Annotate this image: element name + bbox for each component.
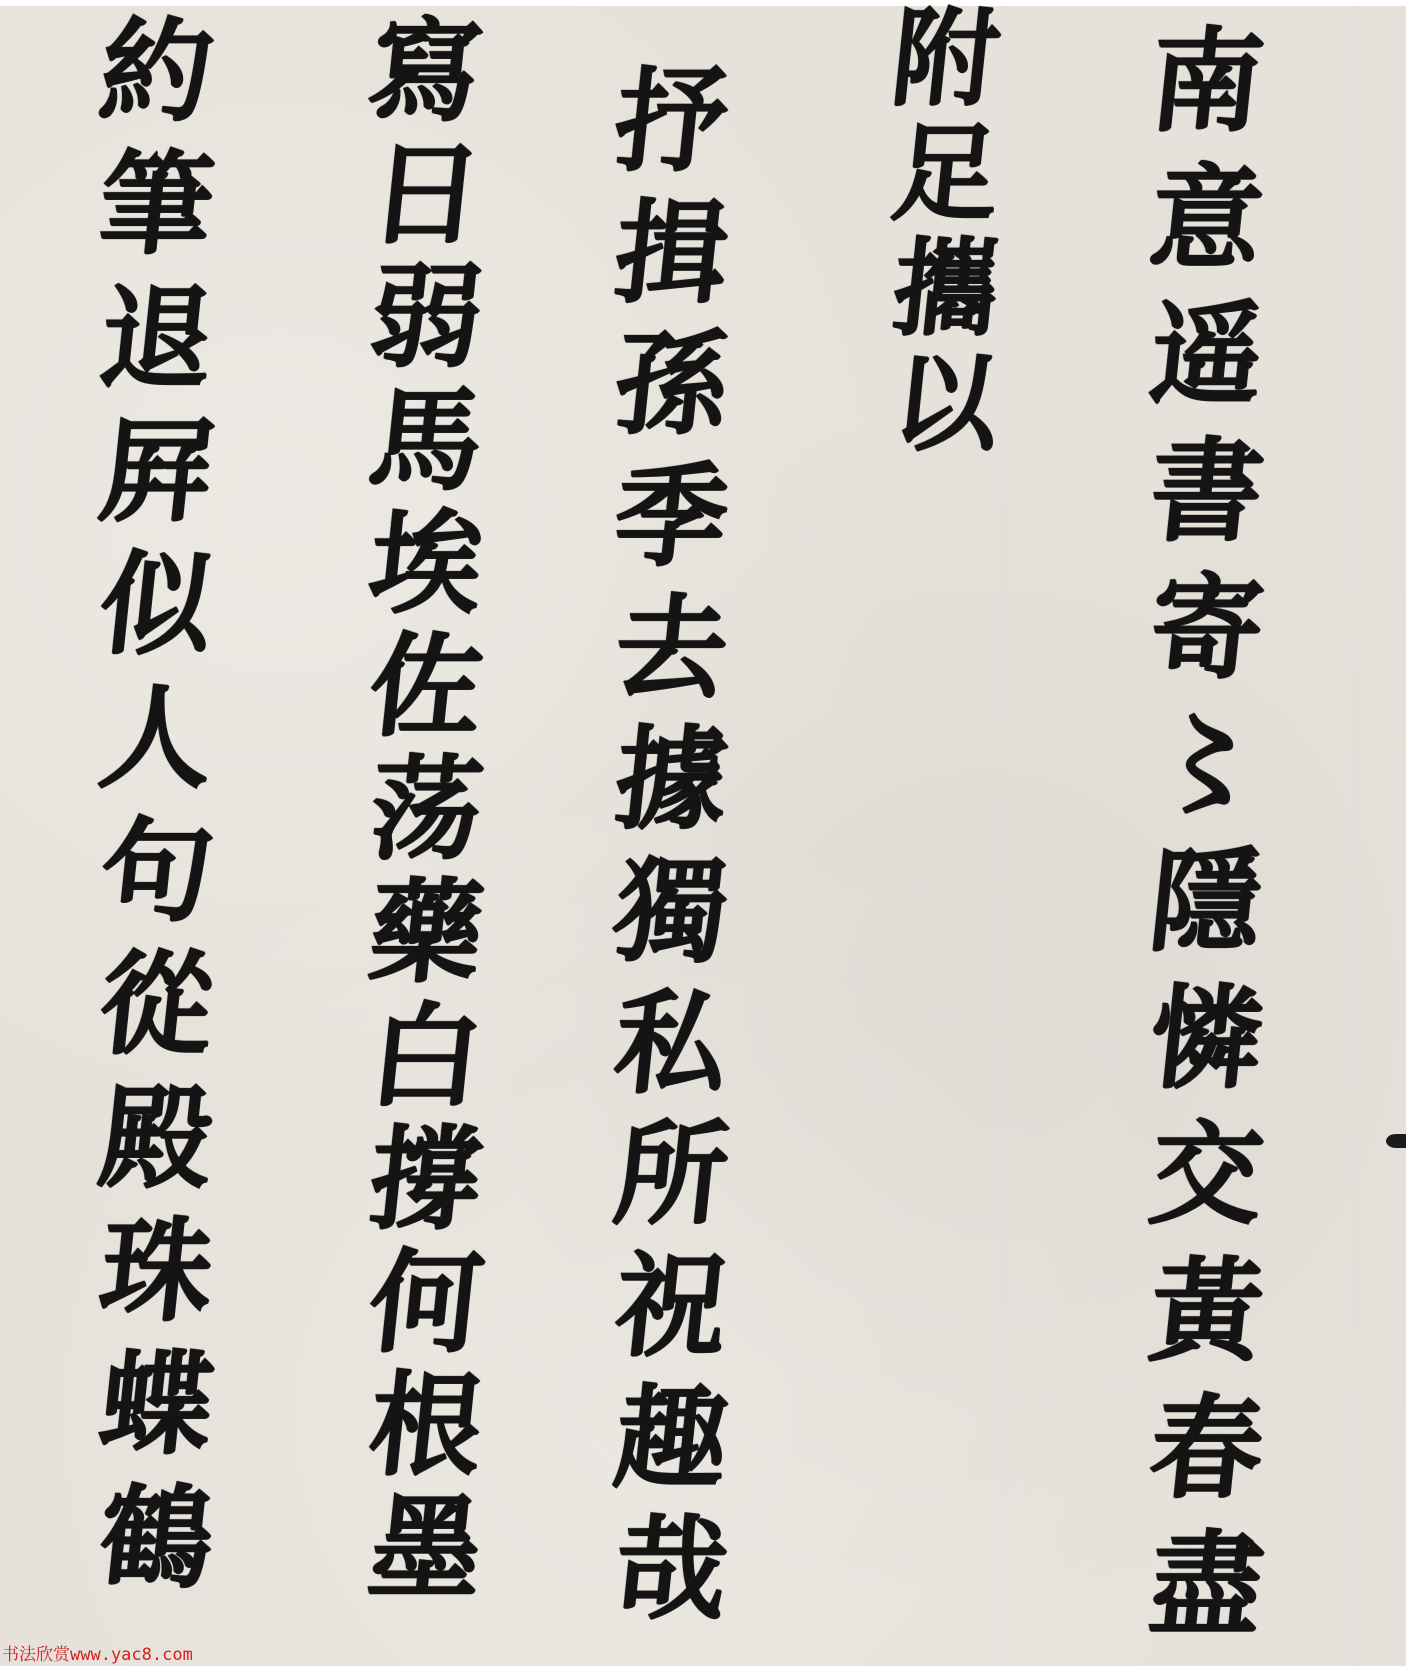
calligraphy-character: 春 [1142,1393,1268,1530]
calligraphy-character: 何 [363,1247,488,1370]
calligraphy-character: 所 [607,1119,733,1251]
calligraphy-character: 孫 [607,329,733,461]
calligraphy-character: 撐 [363,1124,488,1247]
calligraphy-character: 鶴 [92,1483,218,1616]
calligraphy-character: 足 [886,121,1004,236]
calligraphy-character: 附 [886,6,1004,121]
calligraphy-character: 憐 [1142,983,1268,1120]
calligraphy-character: 約 [92,16,218,149]
calligraphy-character: 揖 [607,198,733,330]
calligraphy-column-5: 約筆退屛似人句從殿珠蝶鶴 [80,16,230,1616]
calligraphy-character: 似 [92,549,218,682]
calligraphy-character: 以 [886,351,1004,466]
calligraphy-character: 白 [363,1001,488,1124]
calligraphy-character: 埃 [363,508,488,631]
calligraphy-character: 去 [607,593,733,725]
calligraphy-character: 交 [1142,1119,1268,1256]
calligraphy-character: 抒 [607,66,733,198]
calligraphy-character: 攜 [886,236,1004,351]
calligraphy-character: 祝 [607,1251,733,1383]
calligraphy-character: 荡 [363,754,488,877]
calligraphy-character: 季 [607,461,733,593]
calligraphy-character: 藥 [363,877,488,1000]
calligraphy-scroll: 南意遥書寄〻隱憐交黃春盡 附足攜以 抒揖孫季去據獨私所祝趣哉 寫日弱馬埃佐荡藥白… [0,6,1406,1666]
calligraphy-character: 日 [363,139,488,262]
calligraphy-character: 蝶 [92,1349,218,1482]
calligraphy-character: 獨 [607,856,733,988]
calligraphy-character: 屛 [92,416,218,549]
calligraphy-character: 人 [92,683,218,816]
calligraphy-character: 趣 [607,1383,733,1515]
calligraphy-character: 佐 [363,631,488,754]
calligraphy-character: 筆 [92,149,218,282]
calligraphy-character: 南 [1142,26,1268,163]
calligraphy-character: 句 [92,816,218,949]
calligraphy-character: 寄 [1142,573,1268,710]
calligraphy-character: 〻 [1142,709,1268,846]
calligraphy-column-1: 南意遥書寄〻隱憐交黃春盡 [1135,26,1275,1666]
calligraphy-character: 珠 [92,1216,218,1349]
calligraphy-character: 馬 [363,385,488,508]
calligraphy-character: 私 [607,988,733,1120]
calligraphy-character: 書 [1142,436,1268,573]
calligraphy-character: 遥 [1142,299,1268,436]
calligraphy-character: 墨 [363,1493,488,1616]
calligraphy-character: 黃 [1142,1256,1268,1393]
calligraphy-character: 哉 [607,1514,733,1646]
calligraphy-character: 退 [92,283,218,416]
calligraphy-character: 根 [363,1370,488,1493]
calligraphy-character: 盡 [1142,1529,1268,1666]
calligraphy-character: 意 [1142,163,1268,300]
calligraphy-column-4: 寫日弱馬埃佐荡藥白撐何根墨 [360,16,490,1616]
calligraphy-character: 弱 [363,262,488,385]
watermark: 书法欣赏www.yac8.com [2,1640,193,1665]
calligraphy-character: 從 [92,949,218,1082]
calligraphy-character: 殿 [92,1083,218,1216]
calligraphy-column-3: 抒揖孫季去據獨私所祝趣哉 [600,66,740,1646]
calligraphy-character: 寫 [363,16,488,139]
ink-stroke-edge [1386,1134,1406,1148]
paper-seam [1355,6,1358,1666]
calligraphy-character: 隱 [1142,846,1268,983]
calligraphy-column-2: 附足攜以 [880,6,1010,466]
calligraphy-character: 據 [607,724,733,856]
